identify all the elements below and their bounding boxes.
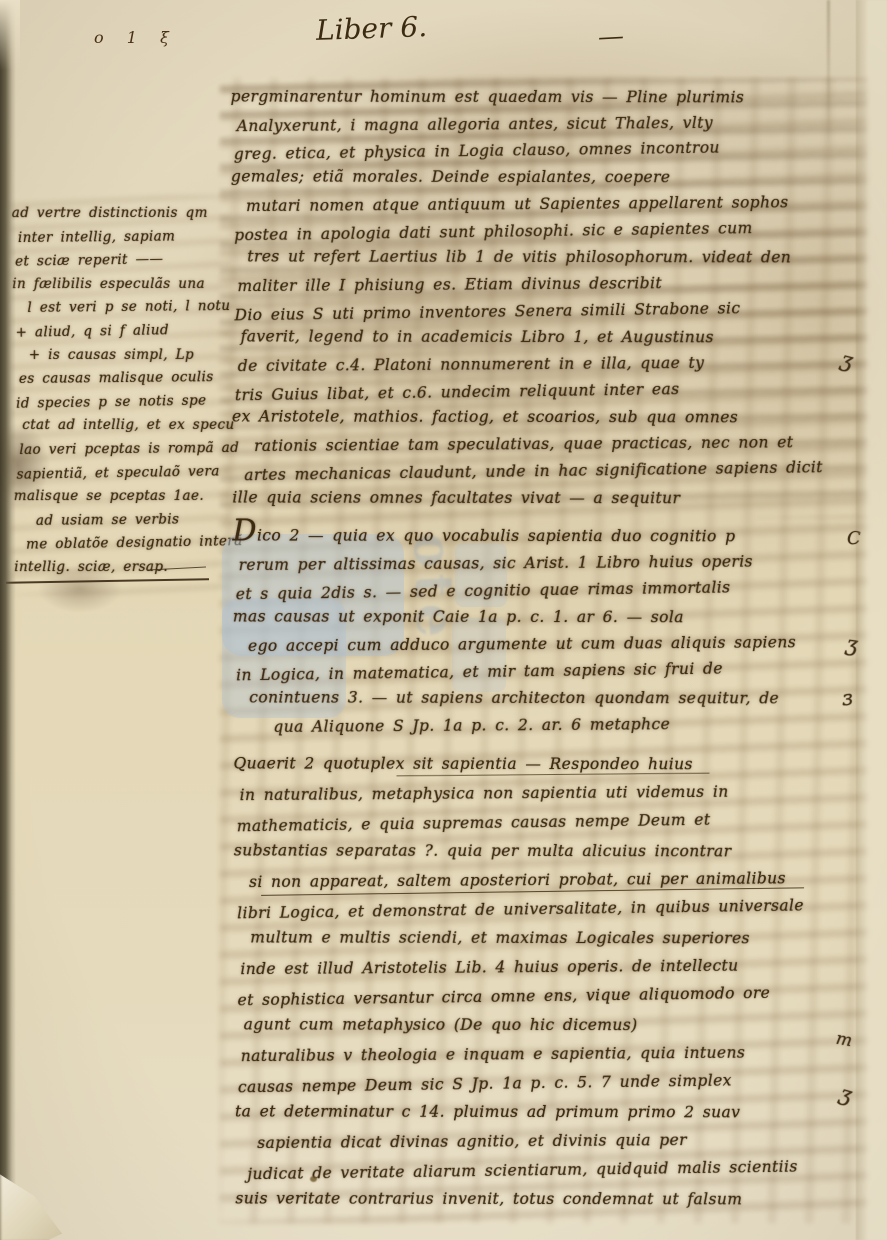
- binding-edge-fade: [0, 0, 20, 70]
- paragraph-1: pergminarentur hominum est quaedam vis —…: [231, 83, 859, 513]
- paragraph-2: Dico 2 — quia ex quo vocabulis sapientia…: [232, 522, 859, 741]
- text-line: mas causas ut exponit Caie 1a p. c. 1. a…: [233, 604, 859, 632]
- paragraph-3: Quaerit 2 quotuplex sit sapientia — Resp…: [233, 749, 861, 1216]
- heading-dash: —: [597, 21, 625, 52]
- margin-note-line: ad vertre distinctionis qm: [12, 202, 232, 226]
- edge-mark: m: [834, 1029, 853, 1051]
- crease: [827, 0, 830, 150]
- margin-note-line: et sciæ reperit ——: [15, 247, 235, 274]
- text-line: faverit, legend to in academicis Libro 1…: [241, 324, 858, 352]
- text-line: agunt cum metaphysico (De quo hic dicemu…: [244, 1011, 861, 1041]
- text-line: conintuens 3. — ut sapiens architecton q…: [249, 685, 859, 713]
- main-text-block: pergminarentur hominum est quaedam vis —…: [231, 83, 862, 1216]
- text-line: tres ut refert Laertius lib 1 de vitis p…: [247, 244, 857, 272]
- text-line: Quaerit 2 quotuplex sit sapientia — Resp…: [233, 750, 859, 780]
- book-heading: Liber 6.: [315, 10, 427, 47]
- margin-note-line: malisque se pceptas 1ae.: [14, 485, 234, 509]
- margin-note-line: id species p se notis spe: [16, 389, 236, 416]
- margin-note-line: ctat ad intellig, et ex specu: [22, 414, 233, 438]
- margin-note-line: in fælibilis especulãs una: [12, 273, 232, 297]
- page-edge-strip: [856, 0, 887, 1240]
- margin-note-line: l est veri p se noti, l notu: [27, 295, 238, 321]
- text-line: multum e multis sciendi, et maximas Logi…: [250, 924, 860, 954]
- text-line: suis veritate contrarius invenit, totus …: [235, 1185, 861, 1215]
- folio-mark: o 1 ξ: [94, 28, 178, 47]
- margin-note-line: + aliud, q si f aliud: [15, 318, 235, 345]
- edge-mark: ɜ: [841, 686, 854, 711]
- margin-note-line: ad usiam se verbis: [36, 508, 240, 534]
- text-line: substantias separatas ?. quia per multa …: [234, 837, 860, 867]
- text-line: Dico 2 — quia ex quo vocabulis sapientia…: [232, 523, 858, 551]
- margin-note-line: inter intellig, sapiam: [18, 224, 238, 250]
- margin-note-line: + is causas simpl, Lp: [29, 343, 233, 367]
- text-line: qua Aliquone S Jp. 1a p. c. 2. ar. 6 met…: [273, 710, 865, 741]
- manuscript-page: Liber 6. — o 1 ξ ad vertre distinctionis…: [0, 0, 887, 1240]
- text-line: ta et determinatur c 14. pluimus ad prim…: [235, 1098, 861, 1128]
- margin-note-line: es causas malisque oculis: [19, 366, 239, 392]
- ink-dot: [310, 1176, 317, 1182]
- margin-note-line: sapientiã, et speculaõ vera: [16, 460, 236, 487]
- text-line: ille quia sciens omnes facultates vivat …: [232, 484, 858, 512]
- margin-note-line: lao veri pceptas is rompã ad: [19, 437, 239, 463]
- text-line: pergminarentur hominum est quaedam vis —…: [231, 83, 857, 111]
- text-line: ex Aristotele, mathios. factiog, et scoa…: [232, 404, 858, 432]
- margin-note-line: me oblatõe designatio interã: [26, 530, 237, 557]
- text-line: gemales; etiã morales. Deinde espialante…: [231, 164, 857, 192]
- margin-note: ad vertre distinctionis qm inter intelli…: [12, 201, 235, 580]
- binding-edge: [0, 0, 16, 1240]
